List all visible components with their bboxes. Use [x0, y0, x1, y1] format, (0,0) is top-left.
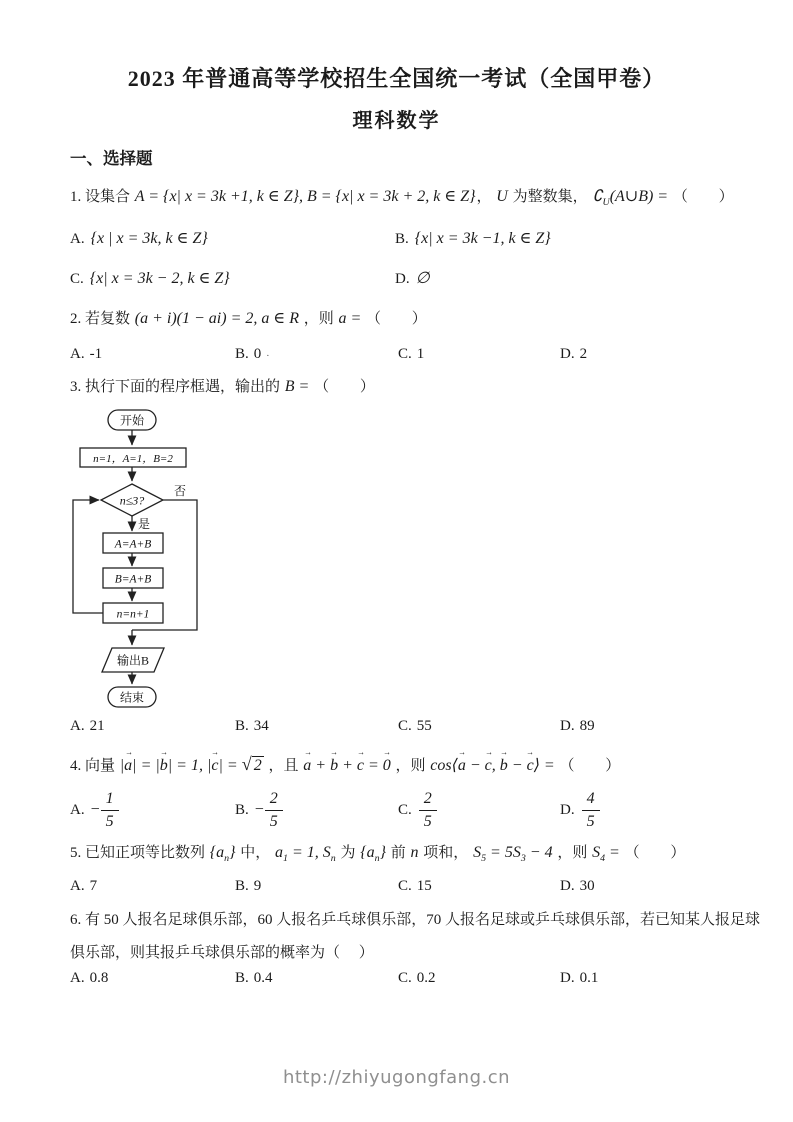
- math-run: S4 =: [591, 844, 621, 861]
- math-run: }: [380, 844, 386, 861]
- question-2-options: A.-1 B.0 C.1 D.2 ·: [70, 346, 750, 363]
- option-label: D.: [560, 970, 575, 986]
- option-value: 89: [580, 718, 595, 734]
- option-a: A.21: [70, 718, 235, 735]
- vector-c: →c: [485, 755, 492, 777]
- math-subscript: U: [603, 197, 610, 208]
- option-label: B.: [235, 878, 249, 894]
- option-a: A.−15: [70, 790, 235, 830]
- option-value: 0.4: [254, 970, 273, 986]
- math-run: S: [323, 844, 331, 861]
- option-value: 15: [417, 878, 432, 894]
- vector-a: →a: [124, 755, 132, 777]
- text-run: 前: [391, 845, 406, 861]
- vector-c: →c: [211, 755, 218, 777]
- option-value: ∅: [415, 270, 431, 287]
- vector-arrow-icon: →: [500, 749, 508, 758]
- sqrt-symbol: √: [242, 754, 252, 774]
- math-run: S: [513, 844, 521, 861]
- math-run: c: [527, 757, 534, 774]
- answer-blank: （ ）: [625, 845, 688, 861]
- option-label: A.: [70, 346, 85, 362]
- option-value: {x| x = 3k −1, k ∈ Z}: [414, 230, 552, 247]
- sqrt-expression: √2: [242, 757, 264, 774]
- option-b: B.9: [235, 878, 398, 895]
- question-6-stem-line-2: 俱乐部，则其报乒乓球俱乐部的概率为（ ）: [70, 943, 374, 963]
- math-run: c: [485, 757, 492, 774]
- option-label: B.: [235, 970, 249, 986]
- option-label: A.: [70, 802, 85, 818]
- fraction: 15: [101, 790, 119, 830]
- math-run: cos⟨→a − →c, →b − →c⟩ =: [429, 757, 555, 774]
- option-b: B.−25: [235, 790, 398, 830]
- option-d: D.30: [560, 878, 750, 895]
- math-run: }: [229, 844, 235, 861]
- init-label: n=1，A=1，B=2: [93, 453, 173, 465]
- math-run: {a: [210, 844, 224, 861]
- vector-a: →a: [458, 755, 466, 777]
- text-run: 中，: [240, 845, 270, 861]
- math-run: U: [495, 188, 509, 205]
- option-value: 30: [580, 878, 595, 894]
- vector-arrow-icon: →: [485, 749, 493, 758]
- option-label: A.: [70, 231, 85, 247]
- text-run: ，则: [557, 845, 587, 861]
- math-run: a: [303, 757, 311, 774]
- question-1-options-row-1: A.{x | x = 3k, k ∈ Z} B.{x| x = 3k −1, k…: [70, 228, 750, 248]
- complement-notation: ∁U(A∪B) =: [591, 188, 669, 205]
- question-6-stem-line-1: 6. 有 50 人报名足球俱乐部，60 人报名乒乓球俱乐部，70 人报名足球或乒…: [70, 910, 760, 930]
- yes-branch-label: 是: [138, 517, 150, 531]
- vector-b: →b: [330, 755, 338, 777]
- text-run: ，: [477, 189, 492, 205]
- vector-c: →c: [527, 755, 534, 777]
- text-run: ，则: [304, 311, 334, 327]
- math-run: − 4: [526, 844, 553, 861]
- vector-b: →b: [500, 755, 508, 777]
- option-value: 0: [254, 346, 262, 362]
- answer-blank: （ ）: [559, 758, 622, 774]
- step2-label: B=A+B: [115, 574, 152, 586]
- question-4-stem: 4. 向量 |→a| = |→b| = 1, |→c| = √2 ，且 →a +…: [70, 752, 622, 777]
- option-value: 0.2: [417, 970, 436, 986]
- math-run: a: [124, 757, 132, 774]
- option-label: D.: [560, 802, 575, 818]
- math-run: a: [458, 757, 466, 774]
- math-run: ⟩ =: [534, 757, 555, 774]
- option-d: D.2: [560, 346, 750, 363]
- watermark-url: http://zhiyugongfang.cn: [0, 1066, 793, 1090]
- math-run: 0: [383, 757, 391, 774]
- math-run: −: [508, 757, 527, 774]
- math-run: →a + →b + →c = →0: [302, 757, 392, 774]
- fraction-numerator: 2: [419, 790, 437, 811]
- text-run: 5. 已知正项等比数列: [70, 845, 205, 861]
- option-value: {x | x = 3k, k ∈ Z}: [90, 230, 209, 247]
- vector-a: →a: [303, 755, 311, 777]
- option-c: C.15: [398, 878, 560, 895]
- option-b: B.{x| x = 3k −1, k ∈ Z}: [395, 228, 750, 248]
- math-run: cos⟨: [430, 757, 458, 774]
- vector-arrow-icon: →: [357, 749, 365, 758]
- section-heading: 一、选择题: [70, 148, 153, 170]
- question-3-options: A.21 B.34 C.55 D.89: [70, 718, 750, 735]
- flowchart: 开始 n=1，A=1，B=2 n≤3? 否 是 A=A+B B=A+B n=n+…: [70, 405, 220, 715]
- option-value: 9: [254, 878, 262, 894]
- vector-arrow-icon: →: [211, 749, 219, 758]
- no-branch-label: 否: [174, 484, 186, 498]
- math-run: S5 = 5S3 − 4: [472, 844, 554, 861]
- question-6-options: A.0.8 B.0.4 C.0.2 D.0.1: [70, 970, 750, 987]
- option-a: A.0.8: [70, 970, 235, 987]
- option-label: D.: [560, 718, 575, 734]
- math-run: +: [311, 757, 330, 774]
- math-run: (a + i)(1 − ai) = 2, a ∈ R: [134, 310, 300, 327]
- math-run: =: [605, 844, 620, 861]
- fraction-numerator: 1: [101, 790, 119, 811]
- option-label: C.: [398, 970, 412, 986]
- fraction-denominator: 5: [419, 811, 437, 831]
- math-run: {a: [360, 844, 374, 861]
- option-value: 7: [90, 878, 98, 894]
- text-run: 项和，: [423, 845, 468, 861]
- question-1-options-row-2: C.{x| x = 3k − 2, k ∈ Z} D.∅: [70, 268, 750, 288]
- text-run: 1. 设集合: [70, 189, 130, 205]
- math-run: +: [338, 757, 357, 774]
- fraction: 25: [419, 790, 437, 830]
- math-run: b: [160, 757, 168, 774]
- math-subscript: n: [331, 853, 336, 864]
- option-label: B.: [395, 231, 409, 247]
- option-d: D.45: [560, 790, 750, 830]
- option-label: B.: [235, 346, 249, 362]
- fraction-denominator: 5: [582, 811, 600, 831]
- option-value: {x| x = 3k − 2, k ∈ Z}: [89, 270, 231, 287]
- option-value: 21: [90, 718, 105, 734]
- math-run: b: [500, 757, 508, 774]
- vector-arrow-icon: →: [383, 749, 391, 758]
- text-run: 4. 向量: [70, 758, 115, 774]
- question-5-stem: 5. 已知正项等比数列 {an} 中， a1 = 1, Sn 为 {an} 前 …: [70, 842, 687, 864]
- sqrt-radicand: 2: [252, 756, 264, 774]
- option-label: D.: [560, 878, 575, 894]
- option-value: -1: [90, 346, 103, 362]
- option-value: 0.8: [90, 970, 109, 986]
- vector-c: →c: [357, 755, 364, 777]
- option-c: C.0.2: [398, 970, 560, 987]
- exam-paper-page: 2023 年普通高等学校招生全国统一考试（全国甲卷） 理科数学 一、选择题 1.…: [0, 0, 793, 1122]
- math-run: c: [357, 757, 364, 774]
- option-value: 34: [254, 718, 269, 734]
- vector-arrow-icon: →: [527, 749, 535, 758]
- math-run: = 1,: [288, 844, 323, 861]
- option-label: D.: [560, 346, 575, 362]
- option-label: A.: [70, 878, 85, 894]
- option-label: C.: [398, 346, 412, 362]
- option-d: D.∅: [395, 268, 750, 288]
- fraction-numerator: 4: [582, 790, 600, 811]
- vector-arrow-icon: →: [458, 749, 466, 758]
- math-run: | = |: [132, 757, 160, 774]
- answer-blank: （ ）: [314, 379, 377, 395]
- math-run: {an}: [359, 844, 387, 861]
- math-run: ,: [492, 757, 500, 774]
- page-subtitle: 理科数学: [0, 108, 793, 135]
- text-run: 3. 执行下面的程序框遇，输出的: [70, 379, 280, 395]
- question-4-options: A.−15 B.−25 C.25 D.45: [70, 790, 750, 830]
- math-run: S: [592, 844, 600, 861]
- math-run: = 5: [486, 844, 513, 861]
- math-run: (A∪B) =: [610, 188, 668, 205]
- math-run: n: [410, 844, 420, 861]
- text-run: 2. 若复数: [70, 311, 130, 327]
- question-1-stem: 1. 设集合 A = {x| x = 3k +1, k ∈ Z}, B = {x…: [70, 186, 736, 208]
- start-label: 开始: [120, 413, 145, 428]
- vector-b: →b: [160, 755, 168, 777]
- fraction-sign: −: [90, 801, 101, 818]
- math-run: −: [466, 757, 485, 774]
- option-c: C.55: [398, 718, 560, 735]
- option-a: A.-1: [70, 346, 235, 363]
- fraction-numerator: 2: [265, 790, 283, 811]
- fraction: 25: [265, 790, 283, 830]
- output-label: 输出B: [117, 653, 149, 668]
- end-label: 结束: [120, 690, 144, 705]
- option-c: C.25: [398, 790, 560, 830]
- option-a: A.{x | x = 3k, k ∈ Z}: [70, 228, 395, 248]
- text-run: 为整数集，: [513, 189, 588, 205]
- page-title: 2023 年普通高等学校招生全国统一考试（全国甲卷）: [0, 64, 793, 94]
- option-label: C.: [398, 878, 412, 894]
- option-value: 0.1: [580, 970, 599, 986]
- step3-label: n=n+1: [117, 609, 150, 621]
- vector-arrow-icon: →: [304, 749, 312, 758]
- question-2-stem: 2. 若复数 (a + i)(1 − ai) = 2, a ∈ R ，则 a =…: [70, 308, 429, 330]
- math-run: {an}: [209, 844, 237, 861]
- math-run: b: [330, 757, 338, 774]
- text-run: 为: [341, 845, 356, 861]
- math-run: a1 = 1, Sn: [274, 844, 337, 861]
- math-run: =: [364, 757, 383, 774]
- option-label: C.: [398, 718, 412, 734]
- option-value: 1: [417, 346, 425, 362]
- answer-blank: （ ）: [673, 189, 736, 205]
- vector-zero: →0: [383, 755, 391, 777]
- vector-arrow-icon: →: [160, 749, 168, 758]
- math-run: | =: [218, 757, 237, 774]
- vector-arrow-icon: →: [125, 749, 133, 758]
- math-run: a: [275, 844, 283, 861]
- option-label: B.: [235, 718, 249, 734]
- text-run: ，则: [396, 758, 426, 774]
- math-run: a =: [338, 310, 363, 327]
- math-run: c: [211, 757, 218, 774]
- answer-blank: （ ）: [366, 311, 429, 327]
- step1-label: A=A+B: [114, 539, 152, 551]
- option-label: A.: [70, 970, 85, 986]
- option-a: A.7: [70, 878, 235, 895]
- question-5-options: A.7 B.9 C.15 D.30: [70, 878, 750, 895]
- fraction-denominator: 5: [101, 811, 119, 831]
- option-label: A.: [70, 718, 85, 734]
- question-3-stem: 3. 执行下面的程序框遇，输出的 B = （ ）: [70, 376, 377, 398]
- scan-artifact-dot: ·: [266, 350, 270, 362]
- math-run: ∁: [592, 188, 602, 205]
- option-label: B.: [235, 802, 249, 818]
- math-run: |→a| = |→b| = 1, |→c| = √2: [119, 757, 265, 774]
- option-b: B.34: [235, 718, 398, 735]
- option-c: C.1: [398, 346, 560, 363]
- condition-label: n≤3?: [120, 494, 145, 508]
- option-label: D.: [395, 271, 410, 287]
- fraction-denominator: 5: [265, 811, 283, 831]
- fraction: 45: [582, 790, 600, 830]
- option-b: B.0: [235, 346, 398, 363]
- math-run: S: [473, 844, 481, 861]
- text-run: ，且: [269, 758, 299, 774]
- vector-arrow-icon: →: [331, 749, 339, 758]
- math-run: A = {x| x = 3k +1, k ∈ Z}, B = {x| x = 3…: [134, 188, 477, 205]
- option-value: 55: [417, 718, 432, 734]
- option-label: C.: [70, 271, 84, 287]
- option-d: D.89: [560, 718, 750, 735]
- fraction-sign: −: [254, 801, 265, 818]
- math-run: B =: [284, 378, 311, 395]
- option-c: C.{x| x = 3k − 2, k ∈ Z}: [70, 268, 395, 288]
- option-b: B.0.4: [235, 970, 398, 987]
- math-run: | = 1, |: [168, 757, 212, 774]
- option-label: C.: [398, 802, 412, 818]
- option-value: 2: [580, 346, 588, 362]
- option-d: D.0.1: [560, 970, 750, 987]
